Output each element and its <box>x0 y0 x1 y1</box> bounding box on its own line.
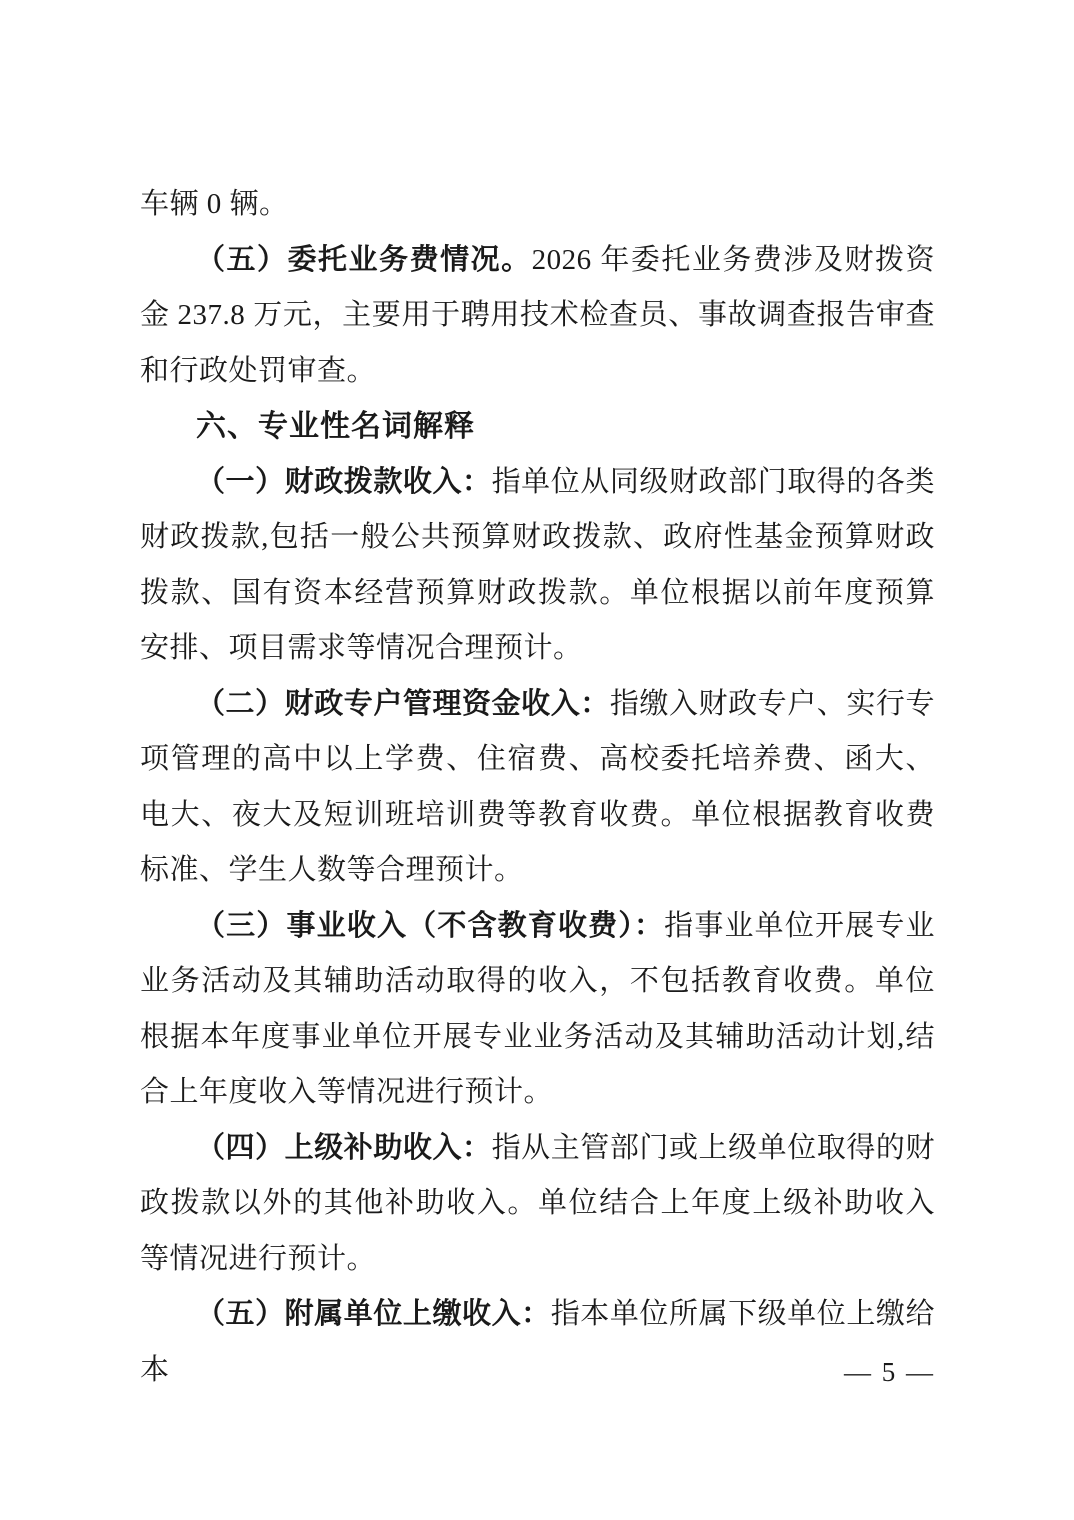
paragraph-lead-term-fiscal-appropriation: （一）财政拨款收入： <box>196 466 492 498</box>
paragraph-lead-entrusted-services: （五）委托业务费情况。 <box>196 244 532 276</box>
paragraph-lead-term-subordinate-remittance: （五）附属单位上缴收入： <box>196 1298 551 1330</box>
paragraph-term-special-account-funds: （二）财政专户管理资金收入：指缴入财政专户、实行专项管理的高中以上学费、住宿费、… <box>140 677 935 899</box>
paragraph-entrusted-services: （五）委托业务费情况。2026 年委托业务费涉及财拨资金 237.8 万元，主要… <box>140 233 935 400</box>
document-page: 车辆 0 辆。 （五）委托业务费情况。2026 年委托业务费涉及财拨资金 237… <box>0 0 1074 1520</box>
text-block: 车辆 0 辆。 （五）委托业务费情况。2026 年委托业务费涉及财拨资金 237… <box>140 177 935 1398</box>
paragraph-continuation: 车辆 0 辆。 <box>140 177 935 233</box>
paragraph-term-subordinate-remittance: （五）附属单位上缴收入：指本单位所属下级单位上缴给本 <box>140 1287 935 1398</box>
paragraph-term-business-income: （三）事业收入（不含教育收费）：指事业单位开展专业业务活动及其辅助活动取得的收入… <box>140 899 935 1121</box>
paragraph-lead-term-special-account-funds: （二）财政专户管理资金收入： <box>196 688 610 720</box>
paragraph-term-fiscal-appropriation: （一）财政拨款收入：指单位从同级财政部门取得的各类财政拨款,包括一般公共预算财政… <box>140 455 935 677</box>
paragraph-lead-term-business-income: （三）事业收入（不含教育收费）： <box>196 910 664 942</box>
paragraph-term-superior-subsidy: （四）上级补助收入：指从主管部门或上级单位取得的财政拨款以外的其他补助收入。单位… <box>140 1121 935 1288</box>
page-number: — 5 — <box>844 1356 935 1388</box>
paragraph-lead-term-superior-subsidy: （四）上级补助收入： <box>196 1132 492 1164</box>
section-heading-terms: 六、专业性名词解释 <box>140 399 935 455</box>
